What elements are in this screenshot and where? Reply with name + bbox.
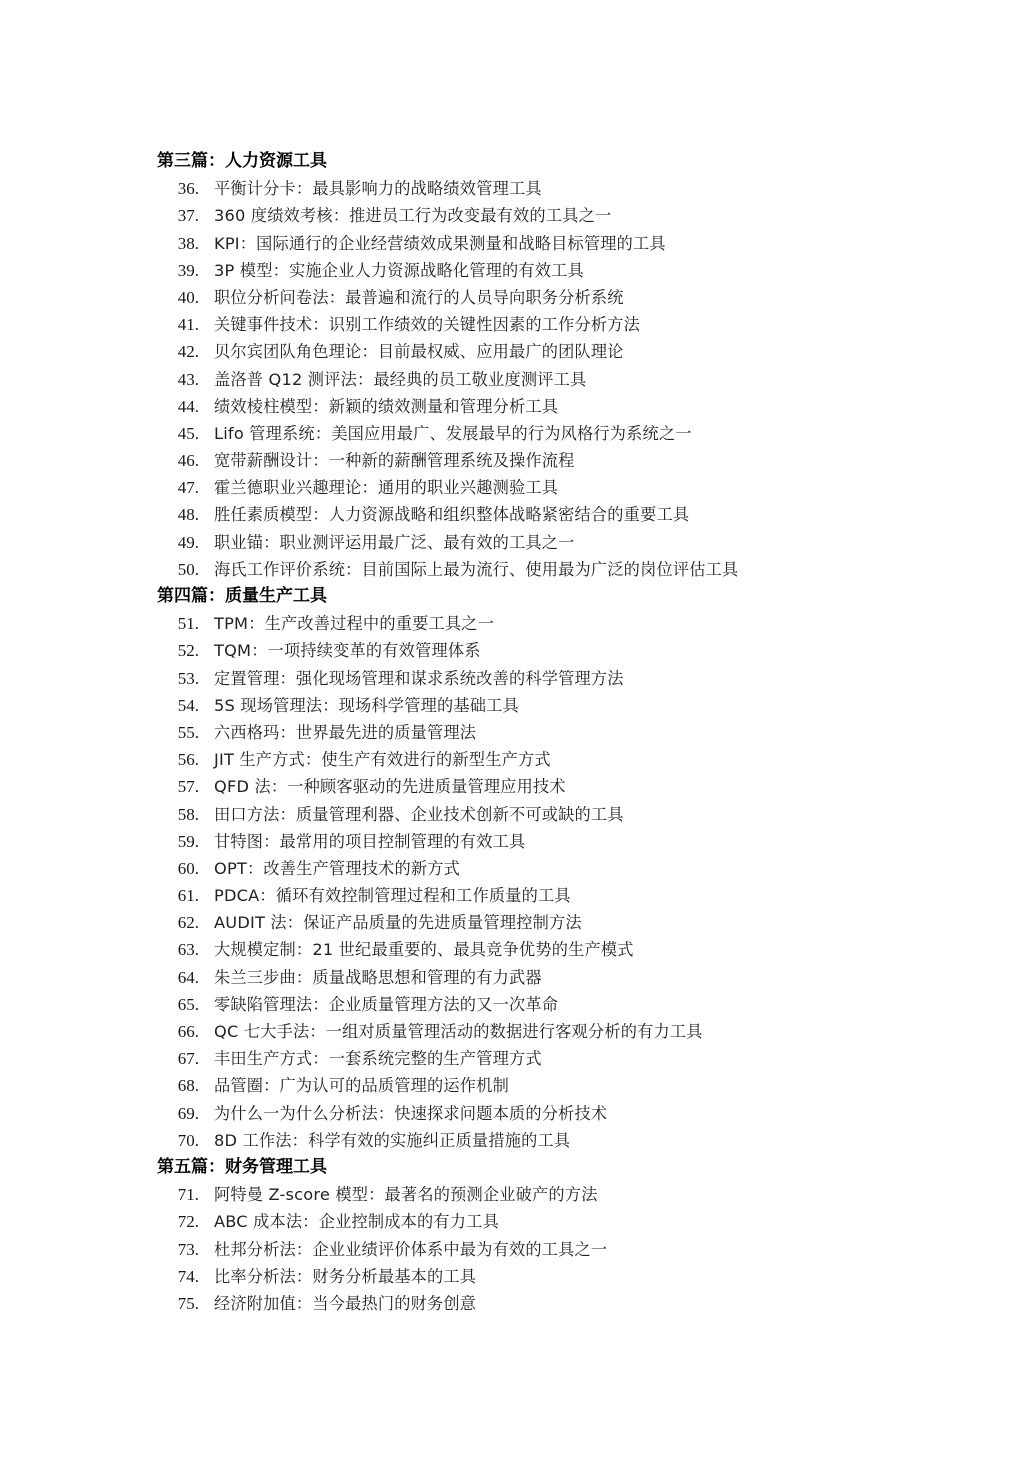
list-item: 41.关键事件技术：识别工作绩效的关键性因素的工作分析方法 xyxy=(0,311,1036,338)
list-item-number: 38. xyxy=(0,230,214,257)
list-item-number: 64. xyxy=(0,964,214,991)
list-item-text: KPI：国际通行的企业经营绩效成果测量和战略目标管理的工具 xyxy=(214,230,666,257)
list-item: 71.阿特曼 Z-score 模型：最著名的预测企业破产的方法 xyxy=(0,1181,1036,1208)
list-item-text: 职位分析问卷法：最普遍和流行的人员导向职务分析系统 xyxy=(214,284,624,311)
list-item: 44.绩效棱柱模型：新颖的绩效测量和管理分析工具 xyxy=(0,393,1036,420)
list-item-text: 田口方法：质量管理利器、企业技术创新不可或缺的工具 xyxy=(214,801,624,828)
list-item: 74.比率分析法：财务分析最基本的工具 xyxy=(0,1263,1036,1290)
list-item-text: 胜任素质模型：人力资源战略和组织整体战略紧密结合的重要工具 xyxy=(214,501,689,528)
list-item-number: 51. xyxy=(0,610,214,637)
list-item-text: ABC 成本法：企业控制成本的有力工具 xyxy=(214,1208,499,1235)
list-item-number: 60. xyxy=(0,855,214,882)
list-item-text: AUDIT 法：保证产品质量的先进质量管理控制方法 xyxy=(214,909,582,936)
list-item-text: 360 度绩效考核：推进员工行为改变最有效的工具之一 xyxy=(214,202,611,229)
list-item: 37.360 度绩效考核：推进员工行为改变最有效的工具之一 xyxy=(0,202,1036,229)
list-item: 49.职业锚：职业测评运用最广泛、最有效的工具之一 xyxy=(0,529,1036,556)
list-item-number: 73. xyxy=(0,1236,214,1263)
list-item-text: OPT：改善生产管理技术的新方式 xyxy=(214,855,460,882)
list-item-text: 为什么一为什么分析法：快速探求问题本质的分析技术 xyxy=(214,1100,607,1127)
list-item-text: 经济附加值：当今最热门的财务创意 xyxy=(214,1290,476,1317)
list-item-text: 绩效棱柱模型：新颖的绩效测量和管理分析工具 xyxy=(214,393,558,420)
section-heading: 第四篇：质量生产工具 xyxy=(0,583,1036,610)
list-item: 69.为什么一为什么分析法：快速探求问题本质的分析技术 xyxy=(0,1100,1036,1127)
list-item-number: 62. xyxy=(0,909,214,936)
document-page: 第三篇：人力资源工具36.平衡计分卡：最具影响力的战略绩效管理工具37.360 … xyxy=(0,148,1036,1317)
list-item-text: 零缺陷管理法：企业质量管理方法的又一次革命 xyxy=(214,991,558,1018)
list-item-text: QFD 法：一种顾客驱动的先进质量管理应用技术 xyxy=(214,773,566,800)
list-item-text: 3P 模型：实施企业人力资源战略化管理的有效工具 xyxy=(214,257,584,284)
list-item: 61.PDCA：循环有效控制管理过程和工作质量的工具 xyxy=(0,882,1036,909)
list-item: 45.Lifo 管理系统：美国应用最广、发展最早的行为风格行为系统之一 xyxy=(0,420,1036,447)
list-item-number: 59. xyxy=(0,828,214,855)
list-item-number: 49. xyxy=(0,529,214,556)
list-item: 59.甘特图：最常用的项目控制管理的有效工具 xyxy=(0,828,1036,855)
list-item: 46.宽带薪酬设计：一种新的薪酬管理系统及操作流程 xyxy=(0,447,1036,474)
list-item-number: 58. xyxy=(0,801,214,828)
list-item-number: 45. xyxy=(0,420,214,447)
list-item-number: 47. xyxy=(0,474,214,501)
list-item: 57.QFD 法：一种顾客驱动的先进质量管理应用技术 xyxy=(0,773,1036,800)
list-item-text: 贝尔宾团队角色理论：目前最权威、应用最广的团队理论 xyxy=(214,338,624,365)
list-item-number: 43. xyxy=(0,366,214,393)
list-item-number: 52. xyxy=(0,637,214,664)
list-item-number: 40. xyxy=(0,284,214,311)
list-item: 38.KPI：国际通行的企业经营绩效成果测量和战略目标管理的工具 xyxy=(0,230,1036,257)
list-item-text: 大规模定制：21 世纪最重要的、最具竞争优势的生产模式 xyxy=(214,936,634,963)
section-heading: 第三篇：人力资源工具 xyxy=(0,148,1036,175)
list-item: 65.零缺陷管理法：企业质量管理方法的又一次革命 xyxy=(0,991,1036,1018)
list-item-number: 55. xyxy=(0,719,214,746)
list-item: 58.田口方法：质量管理利器、企业技术创新不可或缺的工具 xyxy=(0,801,1036,828)
list-item-text: TQM：一项持续变革的有效管理体系 xyxy=(214,637,481,664)
list-item: 67.丰田生产方式：一套系统完整的生产管理方式 xyxy=(0,1045,1036,1072)
list-item-number: 68. xyxy=(0,1072,214,1099)
list-item-number: 57. xyxy=(0,773,214,800)
list-item: 48.胜任素质模型：人力资源战略和组织整体战略紧密结合的重要工具 xyxy=(0,501,1036,528)
list-item-number: 48. xyxy=(0,501,214,528)
list-item: 66.QC 七大手法：一组对质量管理活动的数据进行客观分析的有力工具 xyxy=(0,1018,1036,1045)
list-item: 60.OPT：改善生产管理技术的新方式 xyxy=(0,855,1036,882)
list-item-number: 39. xyxy=(0,257,214,284)
list-item-number: 69. xyxy=(0,1100,214,1127)
list-item: 53.定置管理：强化现场管理和谋求系统改善的科学管理方法 xyxy=(0,665,1036,692)
list-item-text: 宽带薪酬设计：一种新的薪酬管理系统及操作流程 xyxy=(214,447,575,474)
list-item-number: 54. xyxy=(0,692,214,719)
list-item-text: 8D 工作法：科学有效的实施纠正质量措施的工具 xyxy=(214,1127,570,1154)
list-item: 62.AUDIT 法：保证产品质量的先进质量管理控制方法 xyxy=(0,909,1036,936)
list-item-number: 75. xyxy=(0,1290,214,1317)
section-heading: 第五篇：财务管理工具 xyxy=(0,1154,1036,1181)
list-item-text: 5S 现场管理法：现场科学管理的基础工具 xyxy=(214,692,519,719)
list-item-text: 丰田生产方式：一套系统完整的生产管理方式 xyxy=(214,1045,542,1072)
list-item-text: Lifo 管理系统：美国应用最广、发展最早的行为风格行为系统之一 xyxy=(214,420,692,447)
list-item-text: PDCA：循环有效控制管理过程和工作质量的工具 xyxy=(214,882,571,909)
list-item-number: 70. xyxy=(0,1127,214,1154)
list-item: 50.海氏工作评价系统：目前国际上最为流行、使用最为广泛的岗位评估工具 xyxy=(0,556,1036,583)
list-item: 64.朱兰三步曲：质量战略思想和管理的有力武器 xyxy=(0,964,1036,991)
list-item-number: 41. xyxy=(0,311,214,338)
list-item-text: 比率分析法：财务分析最基本的工具 xyxy=(214,1263,476,1290)
list-item: 63.大规模定制：21 世纪最重要的、最具竞争优势的生产模式 xyxy=(0,936,1036,963)
list-item-text: 杜邦分析法：企业业绩评价体系中最为有效的工具之一 xyxy=(214,1236,607,1263)
list-item-number: 36. xyxy=(0,175,214,202)
list-item: 72.ABC 成本法：企业控制成本的有力工具 xyxy=(0,1208,1036,1235)
list-item: 51.TPM：生产改善过程中的重要工具之一 xyxy=(0,610,1036,637)
list-item: 43.盖洛普 Q12 测评法：最经典的员工敬业度测评工具 xyxy=(0,366,1036,393)
list-item: 39.3P 模型：实施企业人力资源战略化管理的有效工具 xyxy=(0,257,1036,284)
list-item-text: 定置管理：强化现场管理和谋求系统改善的科学管理方法 xyxy=(214,665,624,692)
list-item: 56.JIT 生产方式：使生产有效进行的新型生产方式 xyxy=(0,746,1036,773)
list-item-text: TPM：生产改善过程中的重要工具之一 xyxy=(214,610,494,637)
list-item-number: 71. xyxy=(0,1181,214,1208)
list-item-text: 朱兰三步曲：质量战略思想和管理的有力武器 xyxy=(214,964,542,991)
list-item: 54.5S 现场管理法：现场科学管理的基础工具 xyxy=(0,692,1036,719)
list-item-number: 50. xyxy=(0,556,214,583)
list-item-text: QC 七大手法：一组对质量管理活动的数据进行客观分析的有力工具 xyxy=(214,1018,703,1045)
list-item-text: 平衡计分卡：最具影响力的战略绩效管理工具 xyxy=(214,175,542,202)
list-item: 52.TQM：一项持续变革的有效管理体系 xyxy=(0,637,1036,664)
list-item-text: 甘特图：最常用的项目控制管理的有效工具 xyxy=(214,828,525,855)
list-item: 70.8D 工作法：科学有效的实施纠正质量措施的工具 xyxy=(0,1127,1036,1154)
list-item: 36.平衡计分卡：最具影响力的战略绩效管理工具 xyxy=(0,175,1036,202)
list-item-number: 63. xyxy=(0,936,214,963)
list-item-number: 61. xyxy=(0,882,214,909)
list-item-number: 74. xyxy=(0,1263,214,1290)
list-item-number: 53. xyxy=(0,665,214,692)
list-item-number: 65. xyxy=(0,991,214,1018)
list-item-text: 海氏工作评价系统：目前国际上最为流行、使用最为广泛的岗位评估工具 xyxy=(214,556,738,583)
list-item: 42.贝尔宾团队角色理论：目前最权威、应用最广的团队理论 xyxy=(0,338,1036,365)
list-item-number: 56. xyxy=(0,746,214,773)
list-item: 68.品管圈：广为认可的品质管理的运作机制 xyxy=(0,1072,1036,1099)
list-item: 73.杜邦分析法：企业业绩评价体系中最为有效的工具之一 xyxy=(0,1236,1036,1263)
list-item: 55.六西格玛：世界最先进的质量管理法 xyxy=(0,719,1036,746)
list-item-number: 72. xyxy=(0,1208,214,1235)
list-item-text: 关键事件技术：识别工作绩效的关键性因素的工作分析方法 xyxy=(214,311,640,338)
list-item-number: 67. xyxy=(0,1045,214,1072)
list-item: 75.经济附加值：当今最热门的财务创意 xyxy=(0,1290,1036,1317)
list-item-text: JIT 生产方式：使生产有效进行的新型生产方式 xyxy=(214,746,551,773)
list-item-number: 44. xyxy=(0,393,214,420)
list-item-text: 阿特曼 Z-score 模型：最著名的预测企业破产的方法 xyxy=(214,1181,598,1208)
list-item: 47.霍兰德职业兴趣理论：通用的职业兴趣测验工具 xyxy=(0,474,1036,501)
list-item-text: 职业锚：职业测评运用最广泛、最有效的工具之一 xyxy=(214,529,575,556)
list-item-text: 六西格玛：世界最先进的质量管理法 xyxy=(214,719,476,746)
list-item: 40.职位分析问卷法：最普遍和流行的人员导向职务分析系统 xyxy=(0,284,1036,311)
list-item-text: 盖洛普 Q12 测评法：最经典的员工敬业度测评工具 xyxy=(214,366,586,393)
list-item-number: 37. xyxy=(0,202,214,229)
list-item-number: 66. xyxy=(0,1018,214,1045)
list-item-text: 霍兰德职业兴趣理论：通用的职业兴趣测验工具 xyxy=(214,474,558,501)
list-item-number: 42. xyxy=(0,338,214,365)
list-item-number: 46. xyxy=(0,447,214,474)
list-item-text: 品管圈：广为认可的品质管理的运作机制 xyxy=(214,1072,509,1099)
